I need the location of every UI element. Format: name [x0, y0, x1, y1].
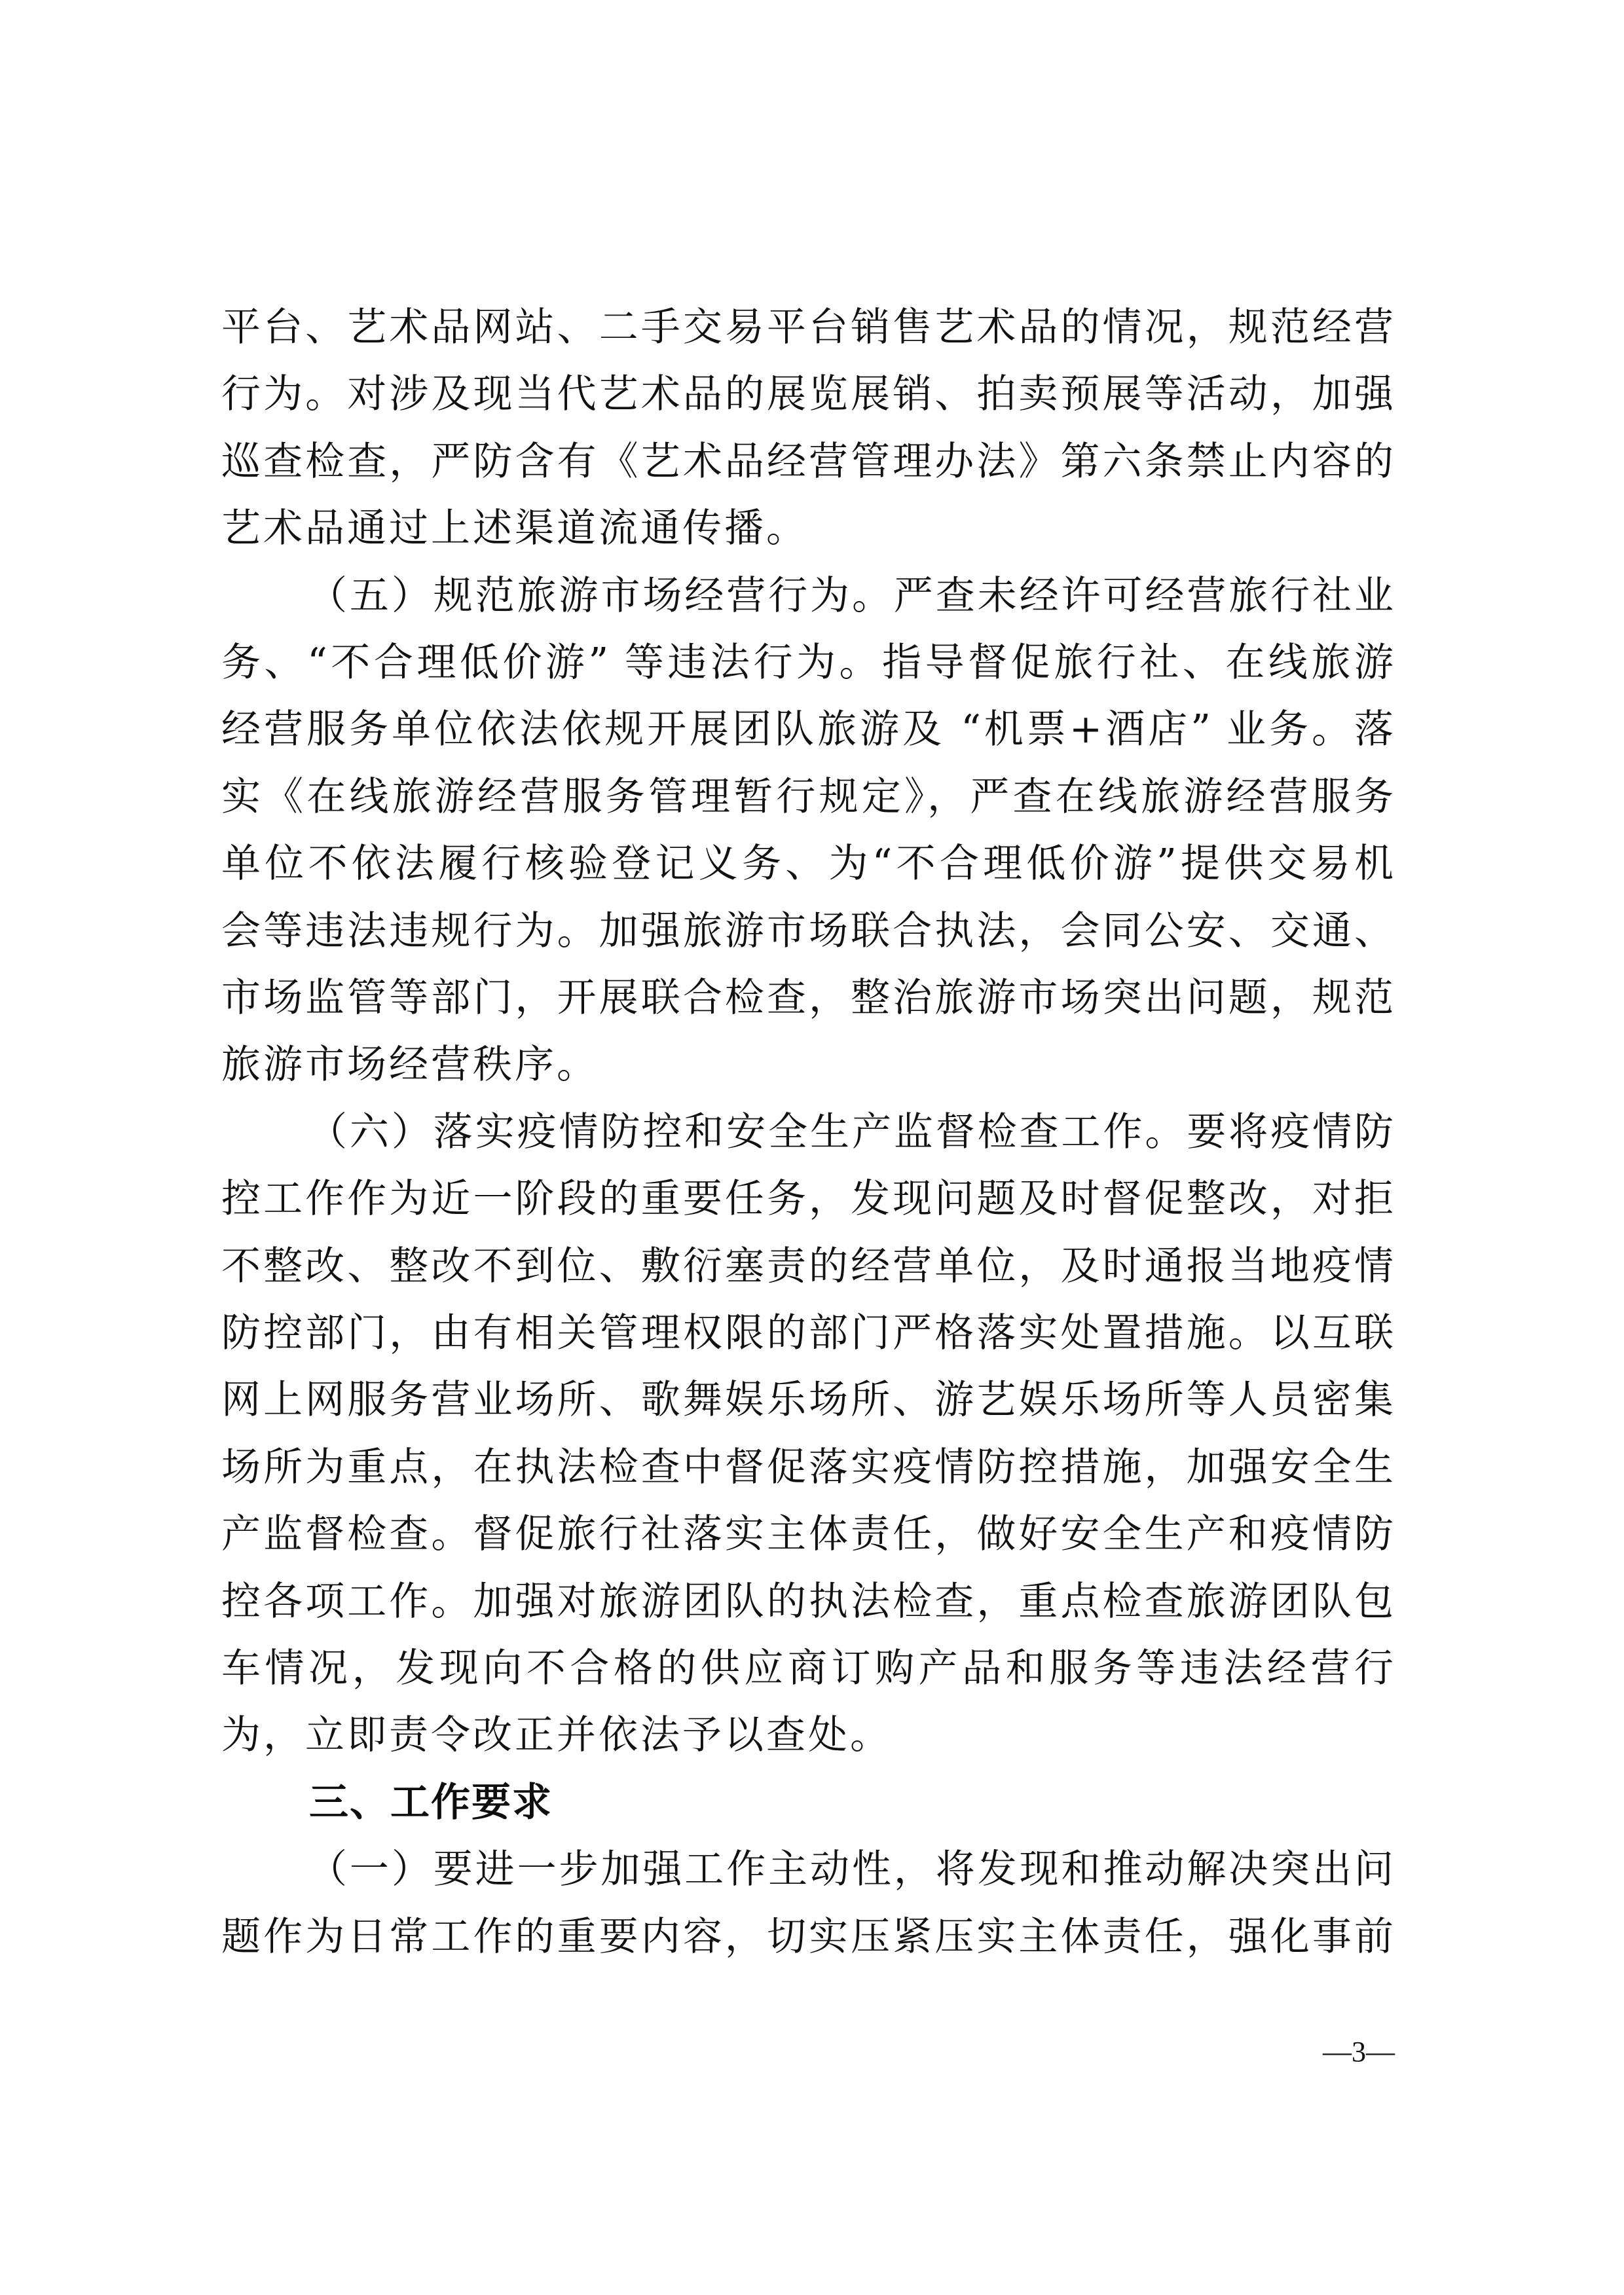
paragraph-line: 市场监管等部门，开展联合检查，整治旅游市场突出问题，规范 — [221, 972, 1393, 1024]
paragraph-line: 巡查检查，严防含有《艺术品经营管理办法》第六条禁止内容的 — [221, 435, 1393, 488]
item-6-title-line: （六）落实疫情防控和安全生产监督检查工作。要将疫情防 — [308, 1106, 1393, 1158]
paragraph-line: 网上网服务营业场所、歌舞娱乐场所、游艺娱乐场所等人员密集 — [221, 1374, 1393, 1426]
paragraph-line: 车情况，发现向不合格的供应商订购产品和服务等违法经营行 — [221, 1642, 1393, 1695]
paragraph-line: 为，立即责令改正并依法予以查处。 — [221, 1709, 1393, 1761]
paragraph-line: 实《在线旅游经营服务管理暂行规定》，严查在线旅游经营服务 — [221, 771, 1393, 823]
paragraph-line: 控工作作为近一阶段的重要任务，发现问题及时督促整改，对拒 — [221, 1173, 1393, 1225]
paragraph-line: 题作为日常工作的重要内容，切实压紧压实主体责任，强化事前 — [221, 1911, 1393, 1963]
paragraph-line: 单位不依法履行核验登记义务、为“不合理低价游”提供交易机 — [221, 837, 1393, 890]
paragraph-line: 场所为重点，在执法检查中督促落实疫情防控措施，加强安全生 — [221, 1441, 1393, 1494]
paragraph-line: 经营服务单位依法依规开展团队旅游及 “机票+酒店” 业务。落 — [221, 703, 1393, 756]
paragraph-line: 艺术品通过上述渠道流通传播。 — [221, 502, 1393, 555]
section-heading: 三、工作要求 — [309, 1776, 553, 1829]
paragraph-line: 务、“不合理低价游” 等违法行为。指导督促旅行社、在线旅游 — [221, 636, 1393, 689]
paragraph-line: 产监督检查。督促旅行社落实主体责任，做好安全生产和疫情防 — [221, 1508, 1393, 1560]
item-5-title-line: （五）规范旅游市场经营行为。严查未经许可经营旅行社业 — [308, 570, 1393, 622]
paragraph-line: 不整改、整改不到位、敷衍塞责的经营单位，及时通报当地疫情 — [221, 1240, 1393, 1293]
paragraph-line: 防控部门，由有相关管理权限的部门严格落实处置措施。以互联 — [221, 1307, 1393, 1359]
page-number: —3— — [1318, 2034, 1400, 2070]
requirement-1-title-line: （一）要进一步加强工作主动性，将发现和推动解决突出问 — [308, 1843, 1393, 1896]
document-page: 平台、艺术品网站、二手交易平台销售艺术品的情况，规范经营 行为。对涉及现当代艺术… — [0, 0, 1624, 2295]
paragraph-line: 平台、艺术品网站、二手交易平台销售艺术品的情况，规范经营 — [221, 301, 1393, 354]
paragraph-line: 会等违法违规行为。加强旅游市场联合执法，会同公安、交通、 — [221, 905, 1393, 957]
paragraph-line: 行为。对涉及现当代艺术品的展览展销、拍卖预展等活动，加强 — [221, 368, 1393, 420]
paragraph-line: 控各项工作。加强对旅游团队的执法检查，重点检查旅游团队包 — [221, 1575, 1393, 1628]
paragraph-line: 旅游市场经营秩序。 — [221, 1038, 1393, 1091]
